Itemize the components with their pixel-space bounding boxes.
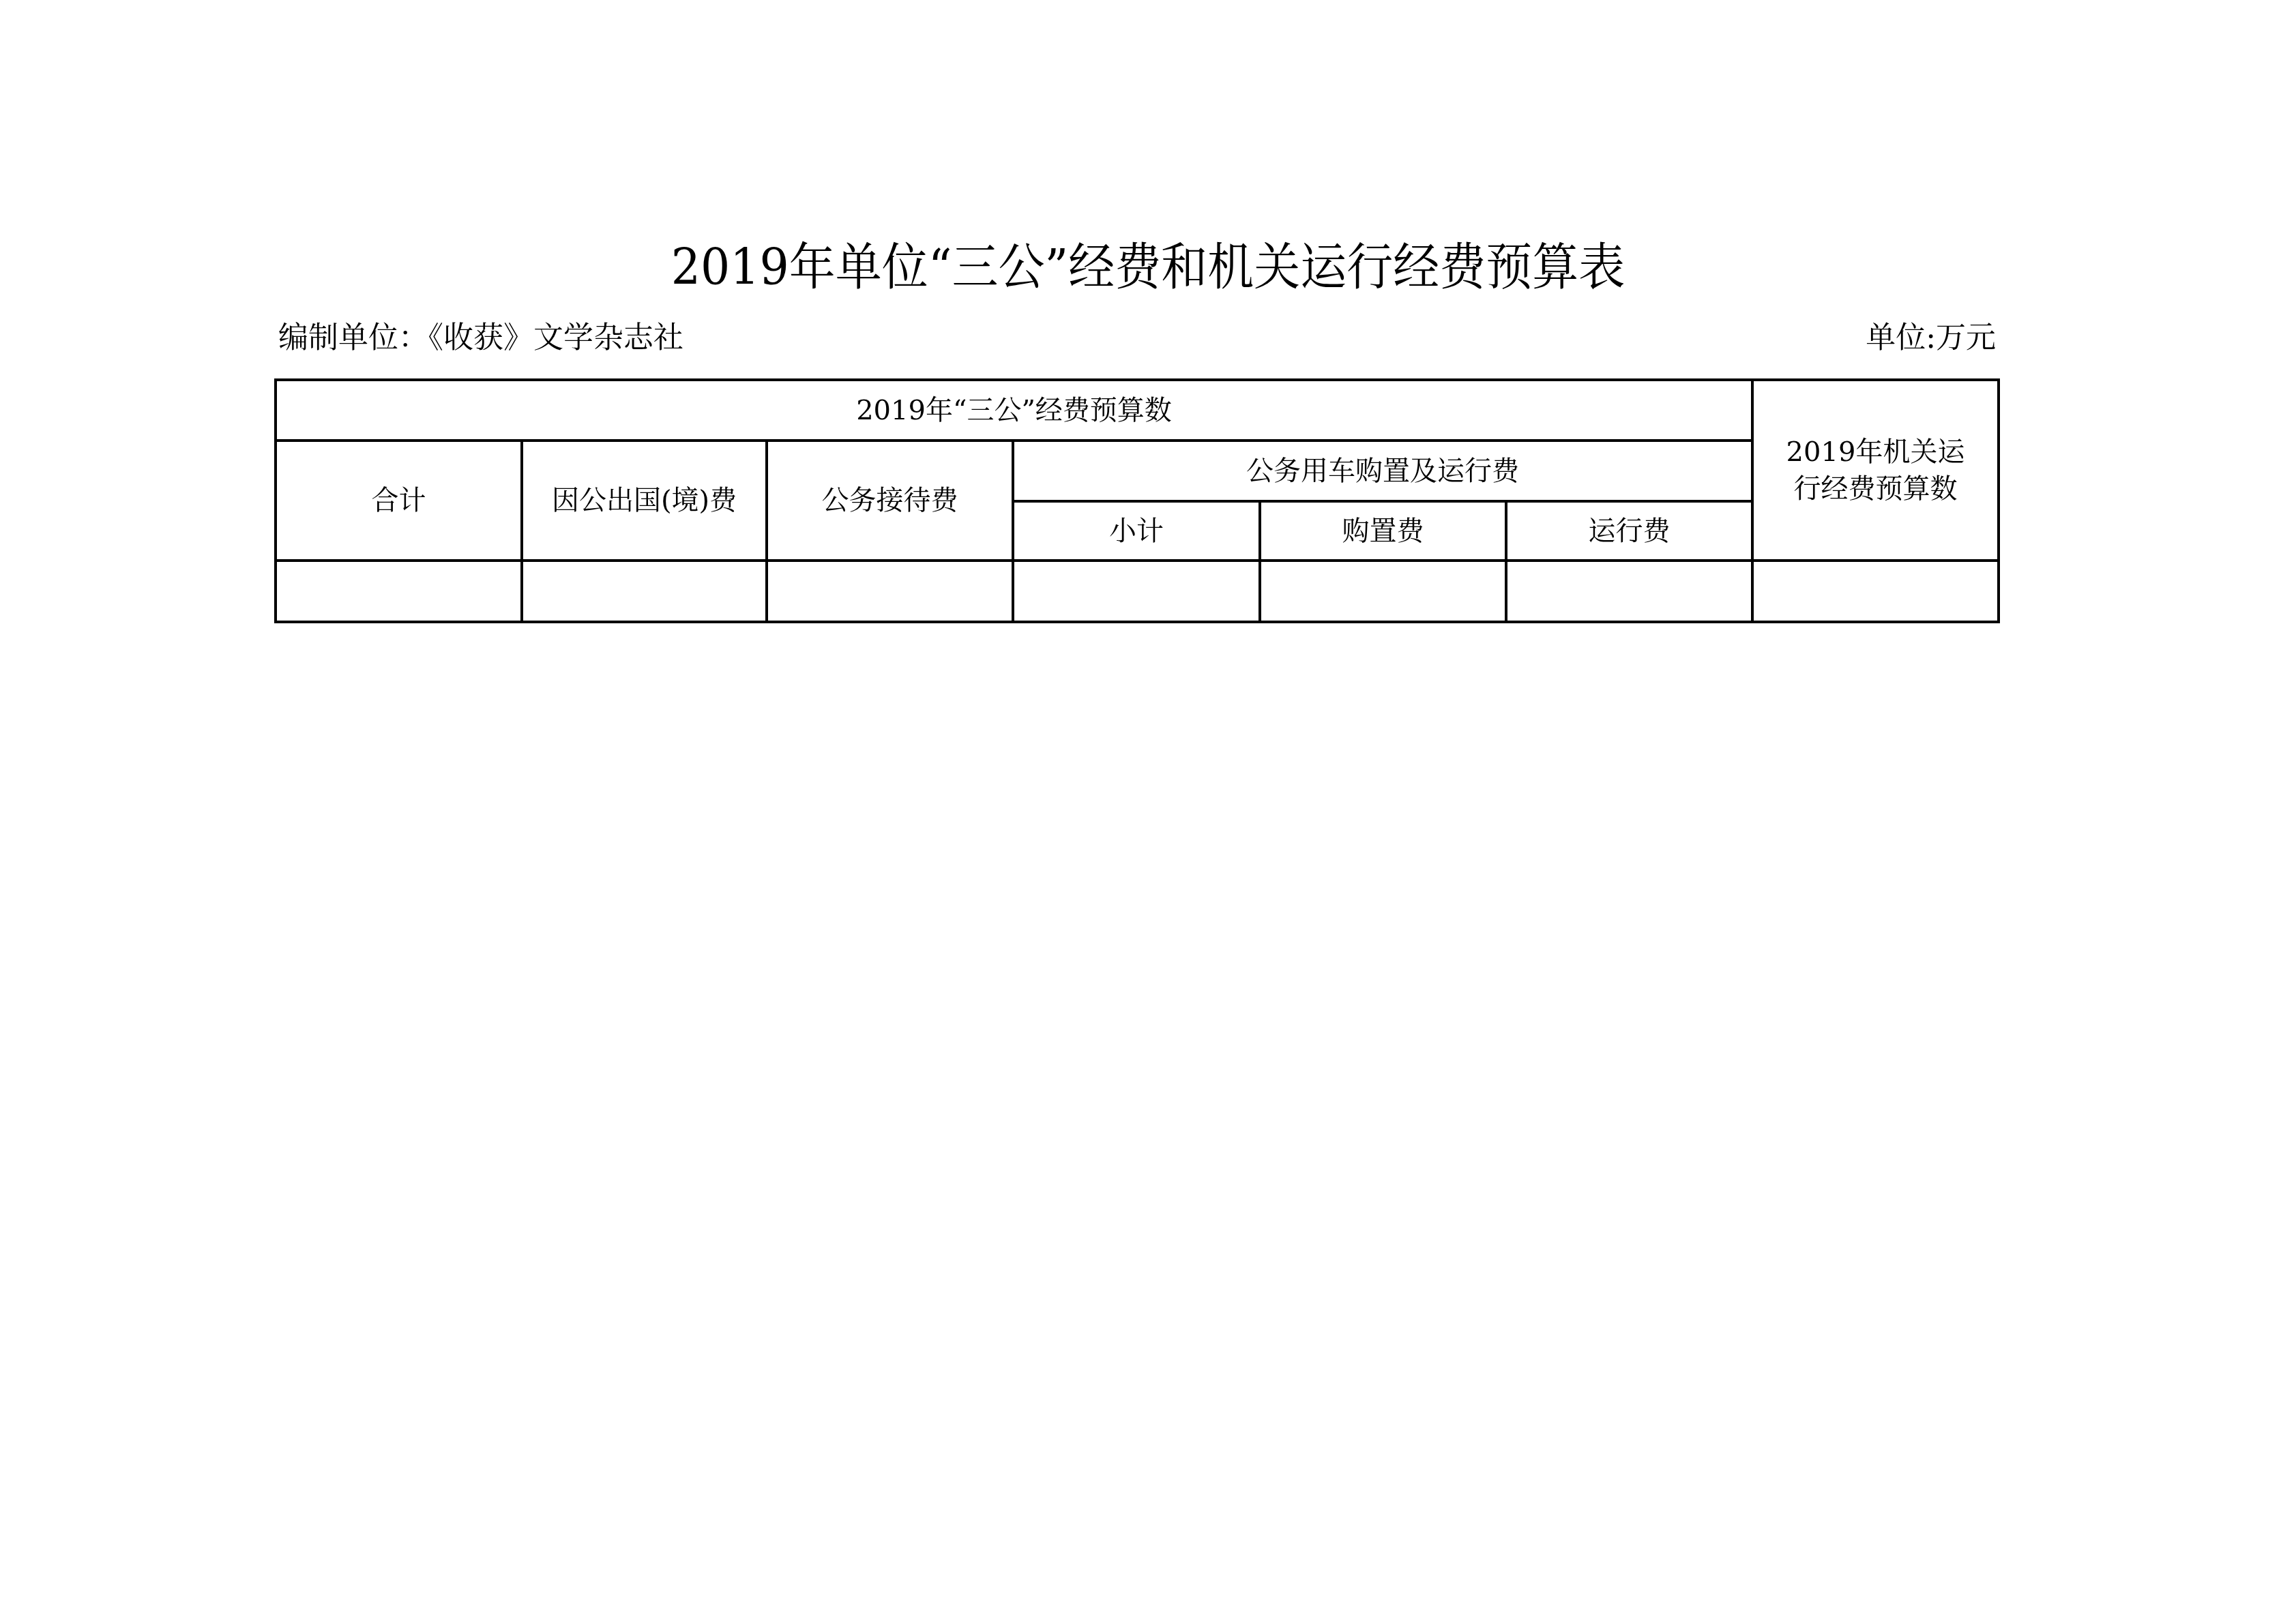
- header-vehicle-purchase: 购置费: [1260, 501, 1506, 561]
- header-agency-operation-budget: 2019年机关运行经费预算数: [1752, 380, 1999, 561]
- cell-reception: [767, 561, 1013, 622]
- unit-label: 单位:万元: [1866, 319, 1996, 357]
- header-vehicle-group: 公务用车购置及运行费: [1013, 441, 1752, 501]
- budget-table: 2019年“三公”经费预算数 2019年机关运行经费预算数 合计 因公出国(境)…: [274, 378, 2000, 623]
- cell-agency-operation: [1752, 561, 1999, 622]
- header-reception: 公务接待费: [767, 441, 1013, 561]
- prepared-by-label: 编制单位：《收获》文学杂志社: [278, 319, 683, 357]
- cell-vehicle-subtotal: [1013, 561, 1260, 622]
- header-agency-operation-text: 2019年机关运行经费预算数: [1773, 434, 1978, 507]
- page-title: 2019年单位“三公”经费和机关运行经费预算表: [0, 237, 2296, 300]
- header-vehicle-operation: 运行费: [1506, 501, 1752, 561]
- table-header-row-1: 2019年“三公”经费预算数 2019年机关运行经费预算数: [276, 380, 1999, 441]
- header-total: 合计: [276, 441, 522, 561]
- header-vehicle-subtotal: 小计: [1013, 501, 1260, 561]
- header-three-public-budget: 2019年“三公”经费预算数: [276, 380, 1752, 441]
- cell-overseas: [522, 561, 767, 622]
- table-header-row-2: 合计 因公出国(境)费 公务接待费 公务用车购置及运行费: [276, 441, 1999, 501]
- cell-vehicle-operation: [1506, 561, 1752, 622]
- cell-vehicle-purchase: [1260, 561, 1506, 622]
- table-row: [276, 561, 1999, 622]
- header-overseas: 因公出国(境)费: [522, 441, 767, 561]
- cell-total: [276, 561, 522, 622]
